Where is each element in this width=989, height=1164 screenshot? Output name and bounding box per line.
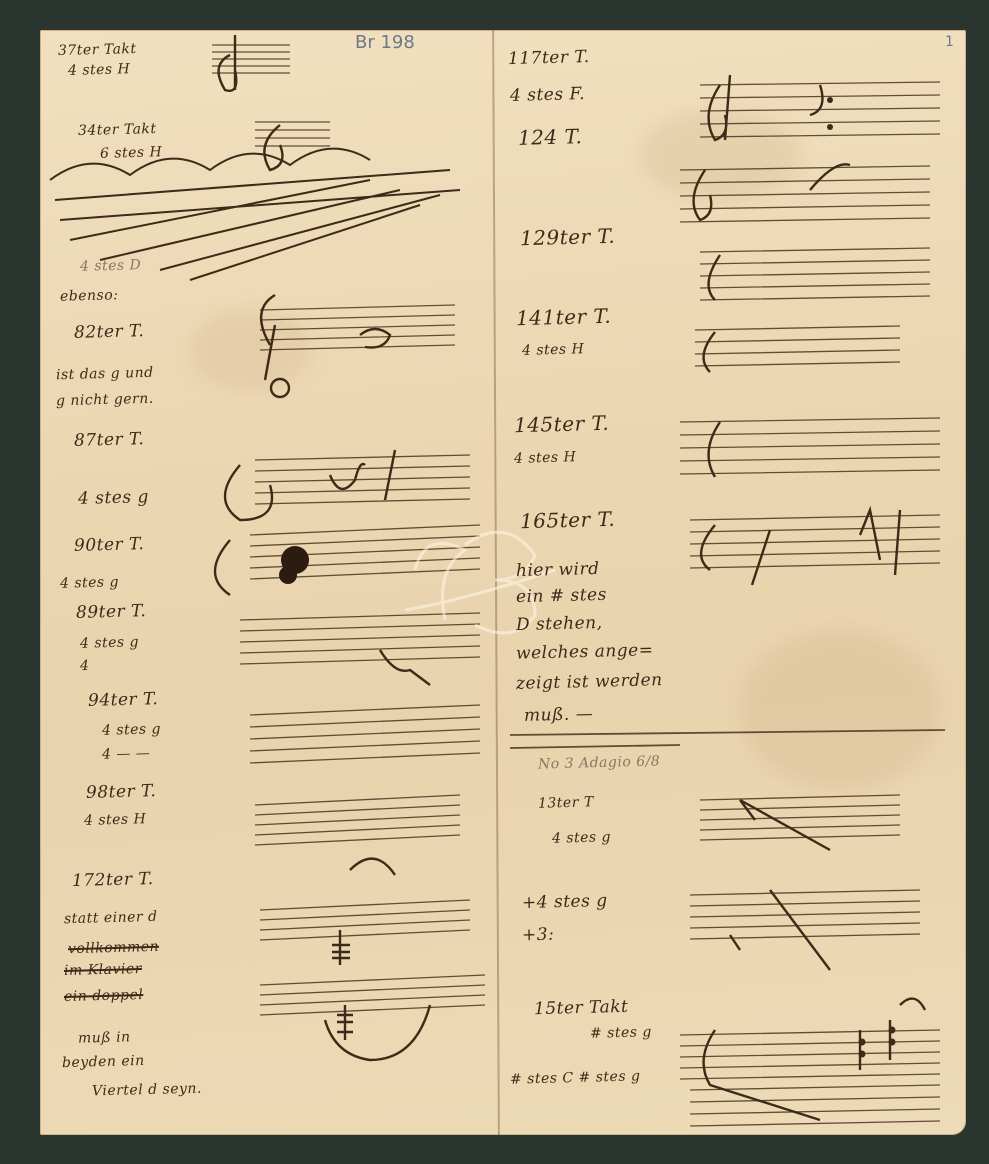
annotation: 172ter T.: [72, 869, 154, 891]
annotation: 165ter T.: [520, 507, 616, 533]
annotation-struck: vollkommen: [68, 939, 159, 957]
annotation: 87ter T.: [74, 429, 145, 451]
staff-r8: [690, 890, 920, 939]
annotation: ein # stes: [516, 585, 607, 607]
annotation: muß. —: [524, 704, 594, 726]
annotation: 4 stes g: [552, 829, 611, 847]
annotation: # stes g: [590, 1024, 652, 1042]
staff-r4: [695, 326, 900, 366]
annotation: Viertel d seyn.: [92, 1081, 202, 1100]
annotation: 124 T.: [518, 124, 583, 150]
annotation: beyden ein: [62, 1053, 145, 1071]
annotation: 34ter Takt: [78, 121, 157, 139]
annotation-struck: ein doppel: [64, 987, 144, 1005]
annotation-struck: 4 stes D: [80, 257, 142, 275]
movement-heading: No 3 Adagio 6/8: [538, 753, 661, 772]
annotation: 90ter T.: [74, 534, 145, 556]
annotation: ebenso:: [60, 287, 119, 305]
annotation: 15ter Takt: [534, 997, 629, 1019]
annotation: 4 stes g: [78, 487, 149, 509]
annotation: 4 — —: [102, 745, 151, 762]
staff-3: [260, 305, 455, 350]
annotation: 4 stes H: [68, 61, 131, 79]
annotation: 117ter T.: [508, 47, 590, 69]
staff-8: [255, 795, 460, 845]
annotation: 89ter T.: [76, 601, 147, 623]
annotation-struck: im Klavier: [64, 961, 142, 979]
annotation: 4 stes g: [80, 634, 139, 652]
annotation: 4 stes H: [514, 449, 577, 467]
annotation: 141ter T.: [516, 304, 612, 330]
annotation: 94ter T.: [88, 689, 159, 711]
staff-4: [255, 455, 470, 504]
annotation: 13ter T: [538, 794, 594, 811]
annotation: statt einer d: [64, 909, 158, 927]
staff-r3: [700, 248, 930, 300]
annotation: welches ange=: [516, 640, 654, 664]
annotation: 37ter Takt: [58, 41, 137, 59]
annotation: 4 stes H: [522, 341, 585, 359]
annotation: 4 stes g: [102, 721, 161, 739]
annotation: hier wird: [516, 559, 600, 581]
catalog-mark: Br 198: [355, 32, 415, 53]
annotation: 4: [80, 658, 90, 674]
annotation: 4 stes g: [60, 574, 119, 592]
page-number: 1: [945, 34, 954, 50]
annotation: # stes C # stes g: [510, 1068, 641, 1087]
staff-r6: [690, 515, 940, 568]
annotation: zeigt ist werden: [516, 670, 663, 694]
staff-r9: [680, 1030, 940, 1079]
annotation: ist das g und: [56, 365, 154, 384]
annotation: D stehen,: [516, 613, 603, 635]
annotation: 98ter T.: [86, 781, 157, 803]
staff-10: [260, 975, 485, 1015]
annotation: +3:: [522, 925, 555, 946]
annotation: 4 stes H: [84, 811, 147, 829]
annotation: 145ter T.: [514, 411, 610, 437]
staff-r2: [680, 166, 930, 222]
annotation: +4 stes g: [522, 891, 608, 913]
annotation: muß in: [78, 1029, 131, 1046]
annotation: 129ter T.: [520, 224, 616, 250]
annotation: 6 stes H: [100, 144, 163, 162]
staff-9: [260, 900, 470, 940]
annotation: 4 stes F.: [510, 84, 586, 106]
staff-r5: [680, 418, 940, 474]
annotation: g nicht gern.: [56, 391, 154, 410]
manuscript-page: Br 198 1 37ter Takt 4 stes H 34ter Takt …: [40, 30, 966, 1135]
staff-7: [250, 705, 480, 763]
annotation: 82ter T.: [74, 321, 145, 343]
